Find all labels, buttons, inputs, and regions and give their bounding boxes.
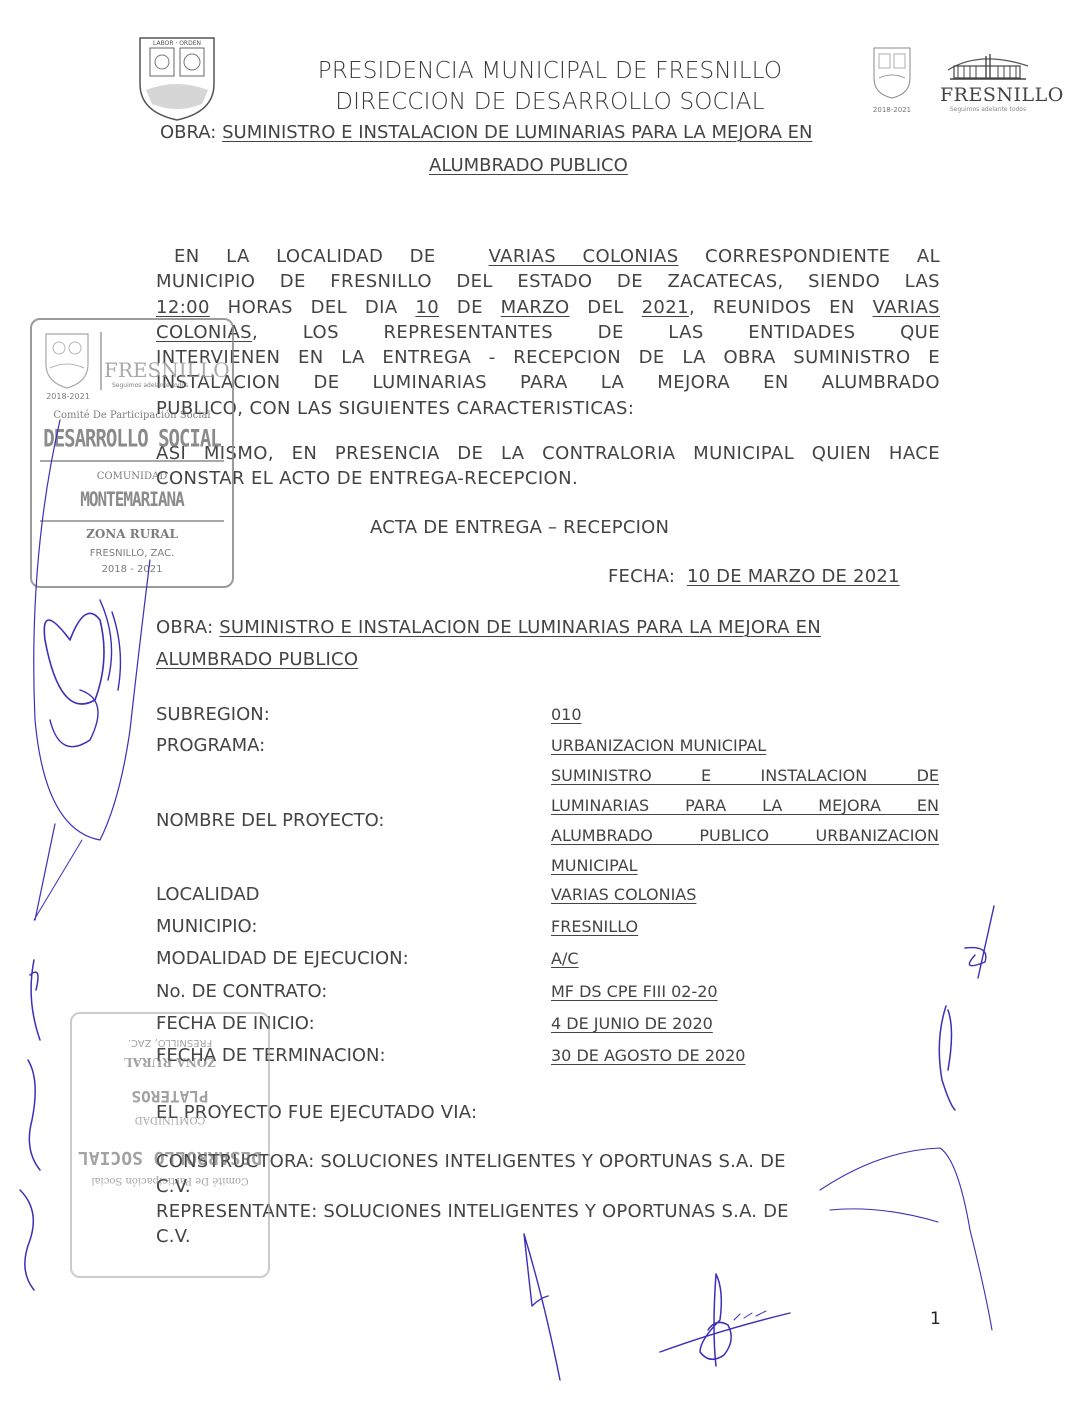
page-number: 1	[930, 1309, 941, 1329]
intro-varias: VARIAS	[873, 297, 940, 318]
coat-of-arms-icon: LABOR · ORDEN	[136, 32, 218, 122]
nombre-proyecto-label: NOMBRE DEL PROYECTO:	[156, 810, 385, 831]
stamp-coat-of-arms-icon	[42, 330, 92, 392]
subregion-value: 010	[551, 705, 582, 724]
obra-value-line1: SUMINISTRO E INSTALACION DE LUMINARIAS P…	[219, 617, 821, 638]
stamp-rule	[40, 460, 224, 462]
contrato-label: No. DE CONTRATO:	[156, 981, 327, 1002]
stamp-ciudad: FRESNILLO, ZAC.	[32, 548, 232, 559]
fecha-inicio-value: 4 DE JUNIO DE 2020	[551, 1014, 713, 1033]
stamp-brand-sub: Seguimos adelante todos	[112, 382, 188, 389]
mirrored-stamp-line: DESARROLLO SOCIAL	[72, 1147, 268, 1168]
fecha-label: FECHA:	[608, 566, 675, 587]
intro-line-2: MUNICIPIO DE FRESNILLO DEL ESTADO DE ZAC…	[156, 269, 940, 294]
comite-stamp-montemariana: 2018-2021 FRESNILLO Seguimos adelante to…	[30, 318, 234, 588]
acta-title: ACTA DE ENTREGA – RECEPCION	[370, 517, 669, 538]
stamp-comite: Comité De Participación Social	[32, 410, 232, 421]
stamp-zona: ZONA RURAL	[32, 527, 232, 541]
stamp-brand: FRESNILLO	[104, 358, 230, 382]
programa-label: PROGRAMA:	[156, 735, 265, 756]
intro-dia: 10	[415, 297, 439, 318]
intro-localidad: VARIAS COLONIAS	[489, 246, 679, 267]
intro-line-7: PUBLICO, CON LAS SIGUIENTES CARACTERISTI…	[156, 396, 940, 421]
stamp-comunidad: MONTEMARIANA	[32, 488, 232, 511]
modalidad-label: MODALIDAD DE EJECUCION:	[156, 948, 409, 969]
municipal-coat-of-arms-left: LABOR · ORDEN	[136, 32, 218, 122]
obra-row-line1: OBRA: SUMINISTRO E INSTALACION DE LUMINA…	[156, 617, 821, 638]
intro-hora: 12:00	[156, 297, 210, 318]
fresnillo-skyline-icon	[940, 52, 1036, 82]
intro-line-5: INTERVIENEN EN LA ENTREGA - RECEPCION DE…	[156, 345, 940, 370]
proyecto-line-4: MUNICIPAL	[551, 851, 939, 881]
stamp-divider	[100, 332, 102, 390]
mirrored-stamp-line: Comité De Participación Social	[72, 1175, 268, 1186]
stamp-years: 2018-2021	[38, 392, 98, 401]
comite-stamp-plateros-mirrored: ZONA RURAL FRESNILLO, ZAC. PLATEROS COMU…	[70, 1012, 270, 1278]
mirrored-stamp-line: PLATEROS	[72, 1087, 268, 1106]
contrato-value: MF DS CPE FIII 02-20	[551, 982, 718, 1001]
stamp-rule-2	[40, 520, 224, 522]
obra-label: OBRA:	[156, 617, 213, 638]
obra-value-line2: ALUMBRADO PUBLICO	[156, 649, 358, 670]
signature-right-long-stroke	[820, 1148, 992, 1330]
intro-line-4: COLONIAS, LOS REPRESENTANTES DE LAS ENTI…	[156, 320, 940, 345]
contraloria-line-1: ASI MISMO, EN PRESENCIA DE LA CONTRALORI…	[156, 441, 940, 466]
signature-left-vertical-name	[20, 960, 40, 1290]
intro-paragraph: EN LA LOCALIDAD DE VARIAS COLONIAS CORRE…	[156, 244, 940, 421]
contraloria-line-2: CONSTAR EL ACTO DE ENTREGA-RECEPCION.	[156, 466, 940, 491]
header-obra-line2: ALUMBRADO PUBLICO	[429, 155, 628, 176]
programa-value: URBANIZACION MUNICIPAL	[551, 736, 766, 755]
municipio-value: FRESNILLO	[551, 917, 638, 936]
signature-bottom-center	[524, 1234, 560, 1380]
fresnillo-brand-subtext: Seguimos adelante todos	[940, 106, 1036, 113]
stamp-periodo: 2018 - 2021	[32, 564, 232, 575]
contraloria-paragraph: ASI MISMO, EN PRESENCIA DE LA CONTRALORI…	[156, 441, 940, 492]
mirrored-stamp-line: COMUNIDAD	[72, 1114, 268, 1125]
header-title-line1: PRESIDENCIA MUNICIPAL DE FRESNILLO	[230, 58, 870, 84]
mirrored-stamp-line: FRESNILLO, ZAC.	[72, 1037, 268, 1048]
intro-anio: 2021	[642, 297, 689, 318]
signature-bottom-clef	[660, 1274, 790, 1366]
header-obra-line1: OBRA: SUMINISTRO E INSTALACION DE LUMINA…	[160, 122, 813, 143]
stamp-comunidad-label: COMUNIDAD	[32, 471, 232, 482]
fresnillo-brand-text: FRESNILLO	[940, 84, 1036, 106]
localidad-value: VARIAS COLONIAS	[551, 885, 696, 904]
intro-mes: MARZO	[501, 297, 570, 318]
fresnillo-brand-logo: FRESNILLO Seguimos adelante todos	[940, 52, 1036, 122]
subregion-label: SUBREGION:	[156, 704, 270, 725]
fecha-value: 10 DE MARZO DE 2021	[687, 566, 900, 587]
localidad-label: LOCALIDAD	[156, 884, 260, 905]
stamp-area: DESARROLLO SOCIAL	[32, 425, 232, 453]
municipio-label: MUNICIPIO:	[156, 916, 257, 937]
intro-line-3: 12:00 HORAS DEL DIA 10 DE MARZO DEL 2021…	[156, 295, 940, 320]
header-title-line2: DIRECCION DE DESARROLLO SOCIAL	[230, 89, 870, 115]
signature-right-initials	[939, 906, 994, 1110]
fecha-row: FECHA: 10 DE MARZO DE 2021	[608, 566, 900, 587]
logo-years: 2018-2021	[870, 106, 914, 114]
proyecto-line-2: LUMINARIAS PARA LA MEJORA EN	[551, 791, 939, 821]
coat-of-arms-small-icon	[870, 44, 914, 114]
nombre-proyecto-value: SUMINISTRO E INSTALACION DE LUMINARIAS P…	[551, 761, 939, 881]
proyecto-line-3: ALUMBRADO PUBLICO URBANIZACION	[551, 821, 939, 851]
municipal-coat-of-arms-right: 2018-2021	[870, 44, 914, 114]
mirrored-stamp-line: ZONA RURAL	[72, 1055, 268, 1069]
obra-prefix: OBRA:	[160, 122, 216, 143]
svg-text:LABOR · ORDEN: LABOR · ORDEN	[153, 40, 201, 47]
proyecto-line-1: SUMINISTRO E INSTALACION DE	[551, 761, 939, 791]
intro-line-1: EN LA LOCALIDAD DE VARIAS COLONIAS CORRE…	[156, 244, 940, 269]
obra-name-line1: SUMINISTRO E INSTALACION DE LUMINARIAS P…	[222, 122, 812, 143]
modalidad-value: A/C	[551, 949, 579, 968]
fecha-terminacion-value: 30 DE AGOSTO DE 2020	[551, 1046, 745, 1065]
intro-line-6: INSTALACION DE LUMINARIAS PARA LA MEJORA…	[156, 370, 940, 395]
